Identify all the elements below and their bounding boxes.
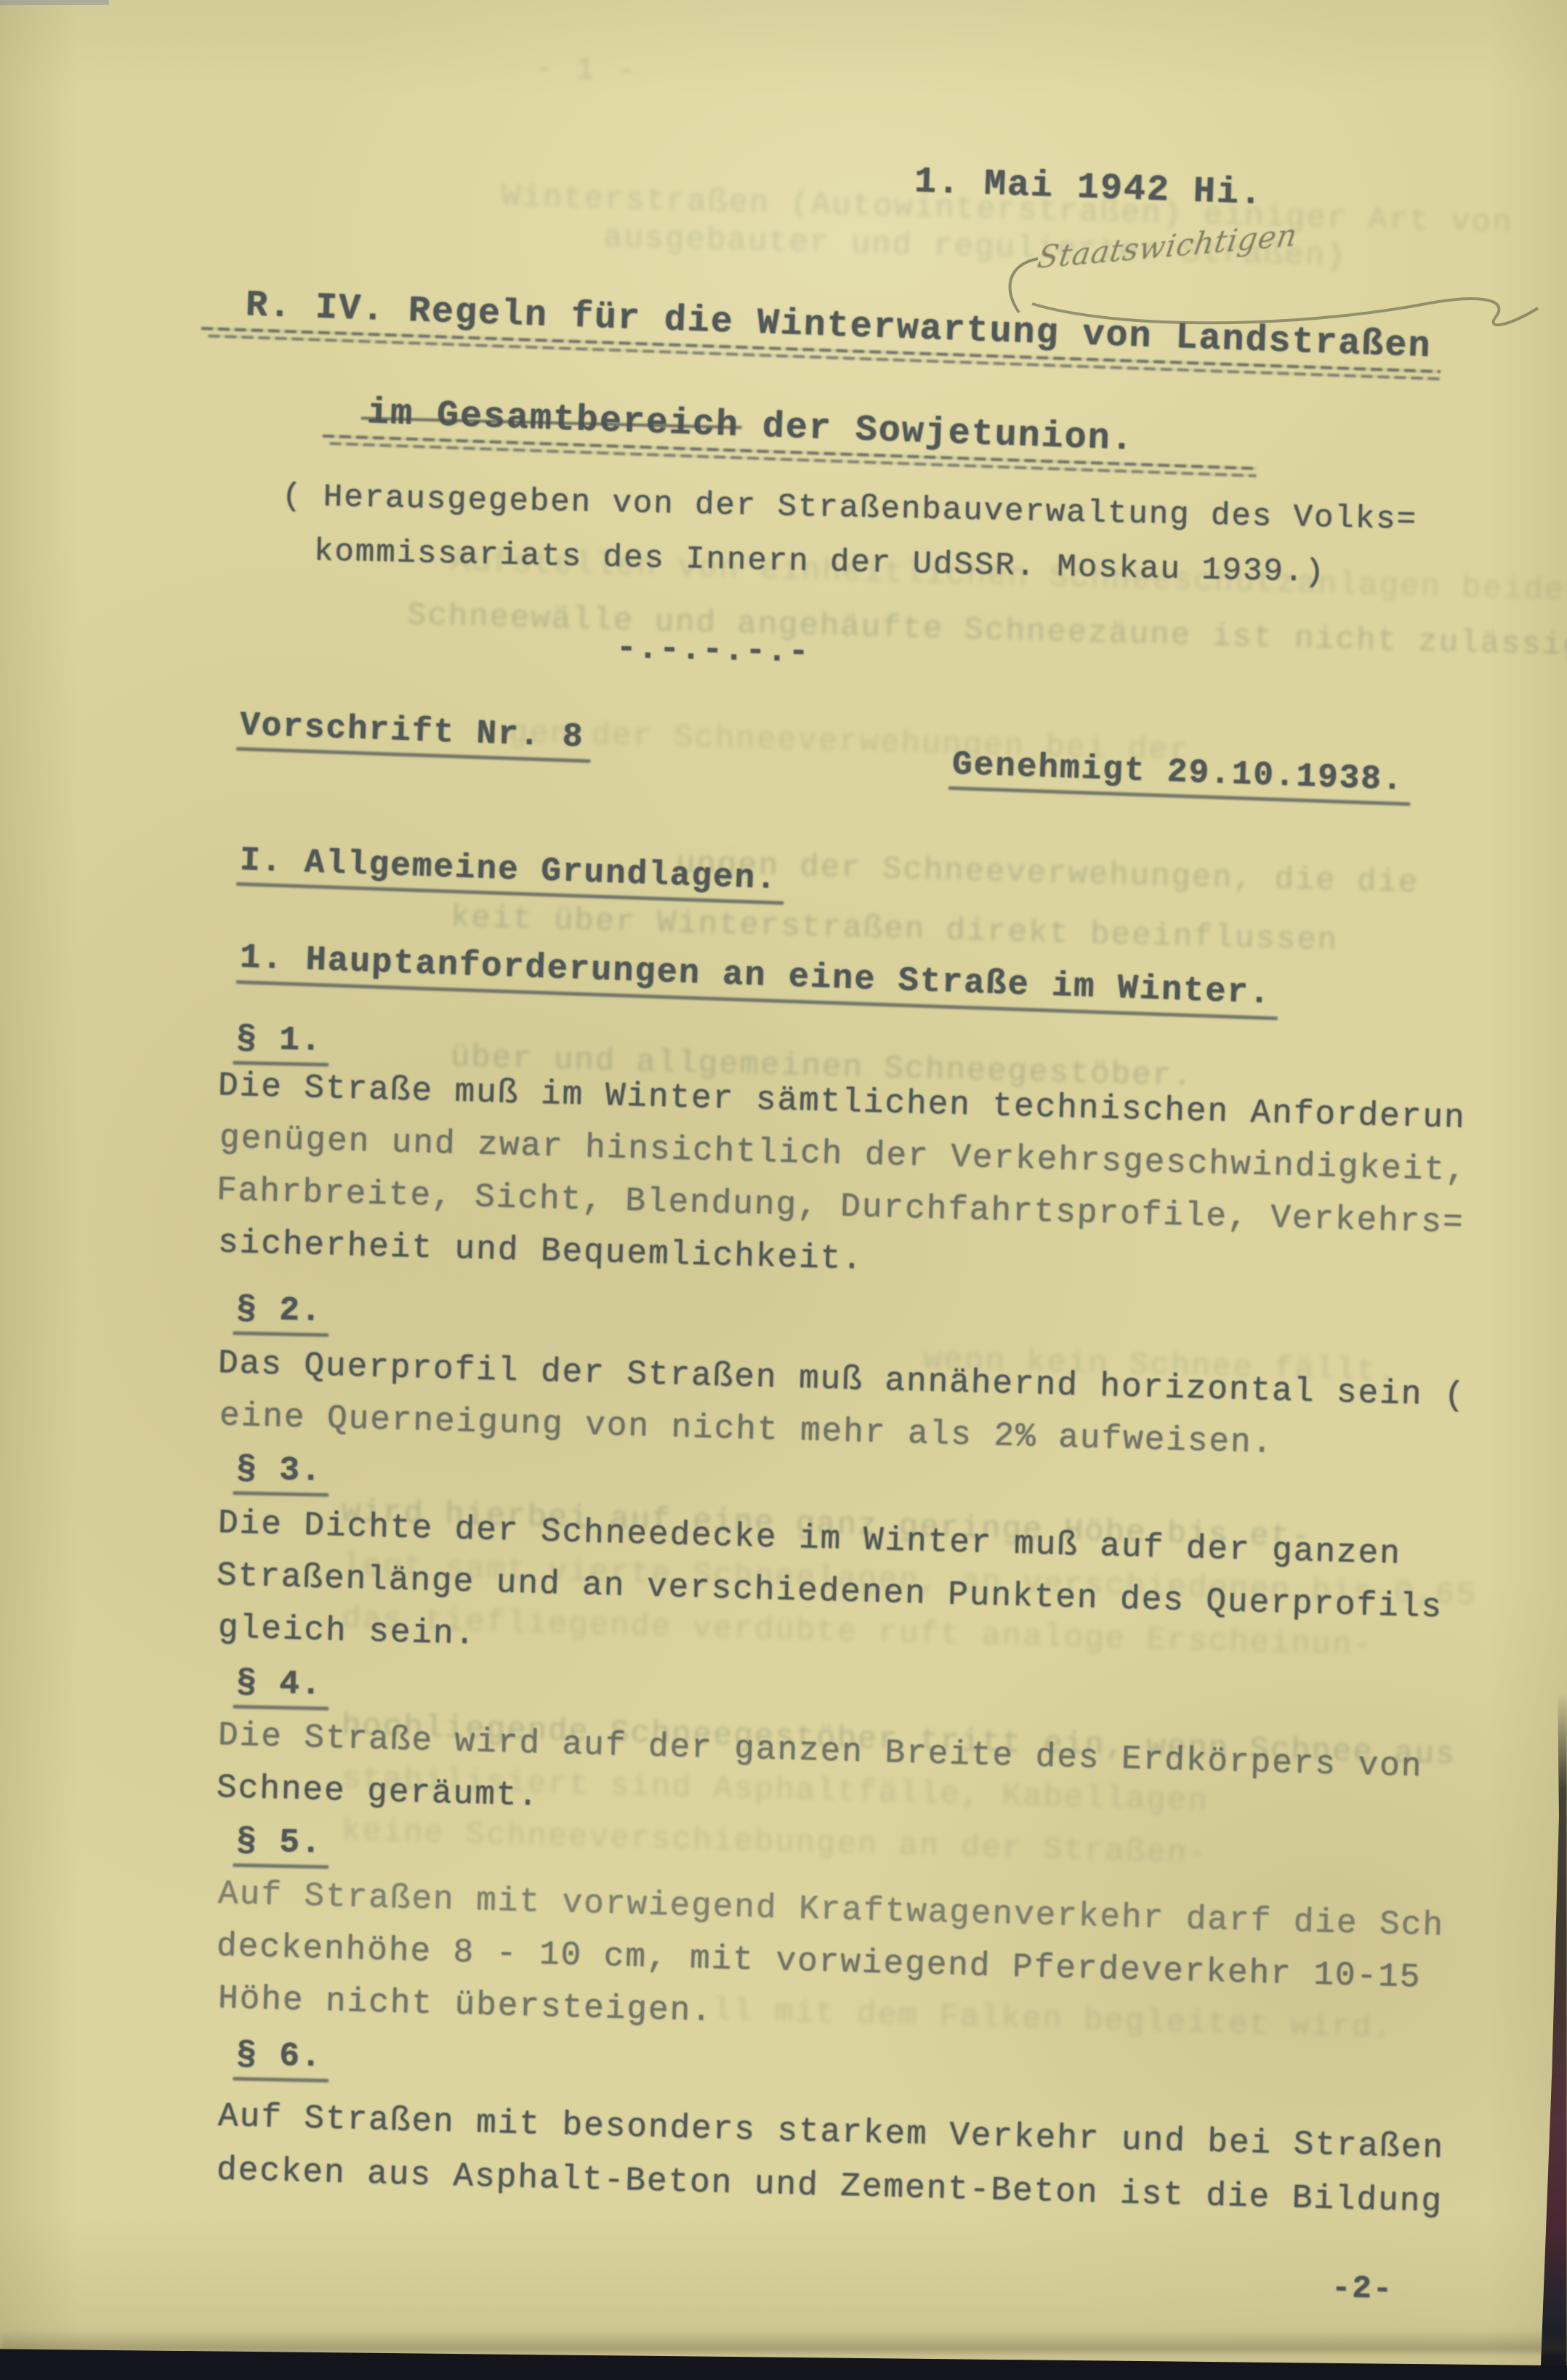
paper-bottom-shadow (0, 2331, 1567, 2352)
paragraph-text-line: sicherheit und Bequemlichkeit. (217, 1224, 863, 1278)
document-title-line2: im Gesamtbereich der Sowjetunion. (366, 392, 1135, 461)
struck-text: im Gesamtbereich (366, 392, 740, 447)
paragraph-text-line: eine Querneigung von nicht mehr als 2% a… (219, 1397, 1273, 1462)
scanned-document-page: - 1 - Winterstraßen (Autowinterstraßen) … (0, 0, 1567, 2380)
paragraph-label: § 6. (235, 2036, 322, 2076)
bleedthrough-line: ungen der Schneeverwehungen, die die (675, 846, 1419, 902)
bleedthrough-line: keine Schneeverschiebungen an der Straße… (341, 1813, 1209, 1872)
paragraph-label: § 1. (235, 1020, 322, 1060)
paragraph-label: § 5. (235, 1823, 322, 1862)
section-divider: -.-.-.-.- (616, 629, 810, 671)
publisher-line1: ( Herausgegeben von der Straßenbauverwal… (281, 478, 1417, 538)
title-line2-rest: der Sowjetunion. (738, 406, 1135, 461)
bleedthrough-line: - 1 - (533, 51, 637, 90)
paragraph-text-line: gleich sein. (217, 1609, 477, 1653)
page-number: -2- (1331, 2270, 1393, 2308)
bleedthrough-line: Schneewälle und angehäufte Schneezäune i… (406, 597, 1567, 665)
regulation-number: Vorschrift Nr. 8 (239, 706, 584, 756)
paragraph-text-line: Höhe nicht übersteigen. (217, 1980, 713, 2030)
paragraph-label: § 3. (235, 1451, 322, 1490)
scan-edge-top (0, 0, 109, 5)
paragraph-text-line: Schnee geräumt. (216, 1769, 539, 1815)
paragraph-label: § 2. (235, 1291, 322, 1330)
approval-date: Genehmigt 29.10.1938. (951, 746, 1404, 799)
paragraph-label: § 4. (235, 1664, 322, 1703)
bleedthrough-line: ll mit dem Falken begleitet wird. (712, 1993, 1393, 2047)
scan-edge-right (1534, 1693, 1567, 2380)
